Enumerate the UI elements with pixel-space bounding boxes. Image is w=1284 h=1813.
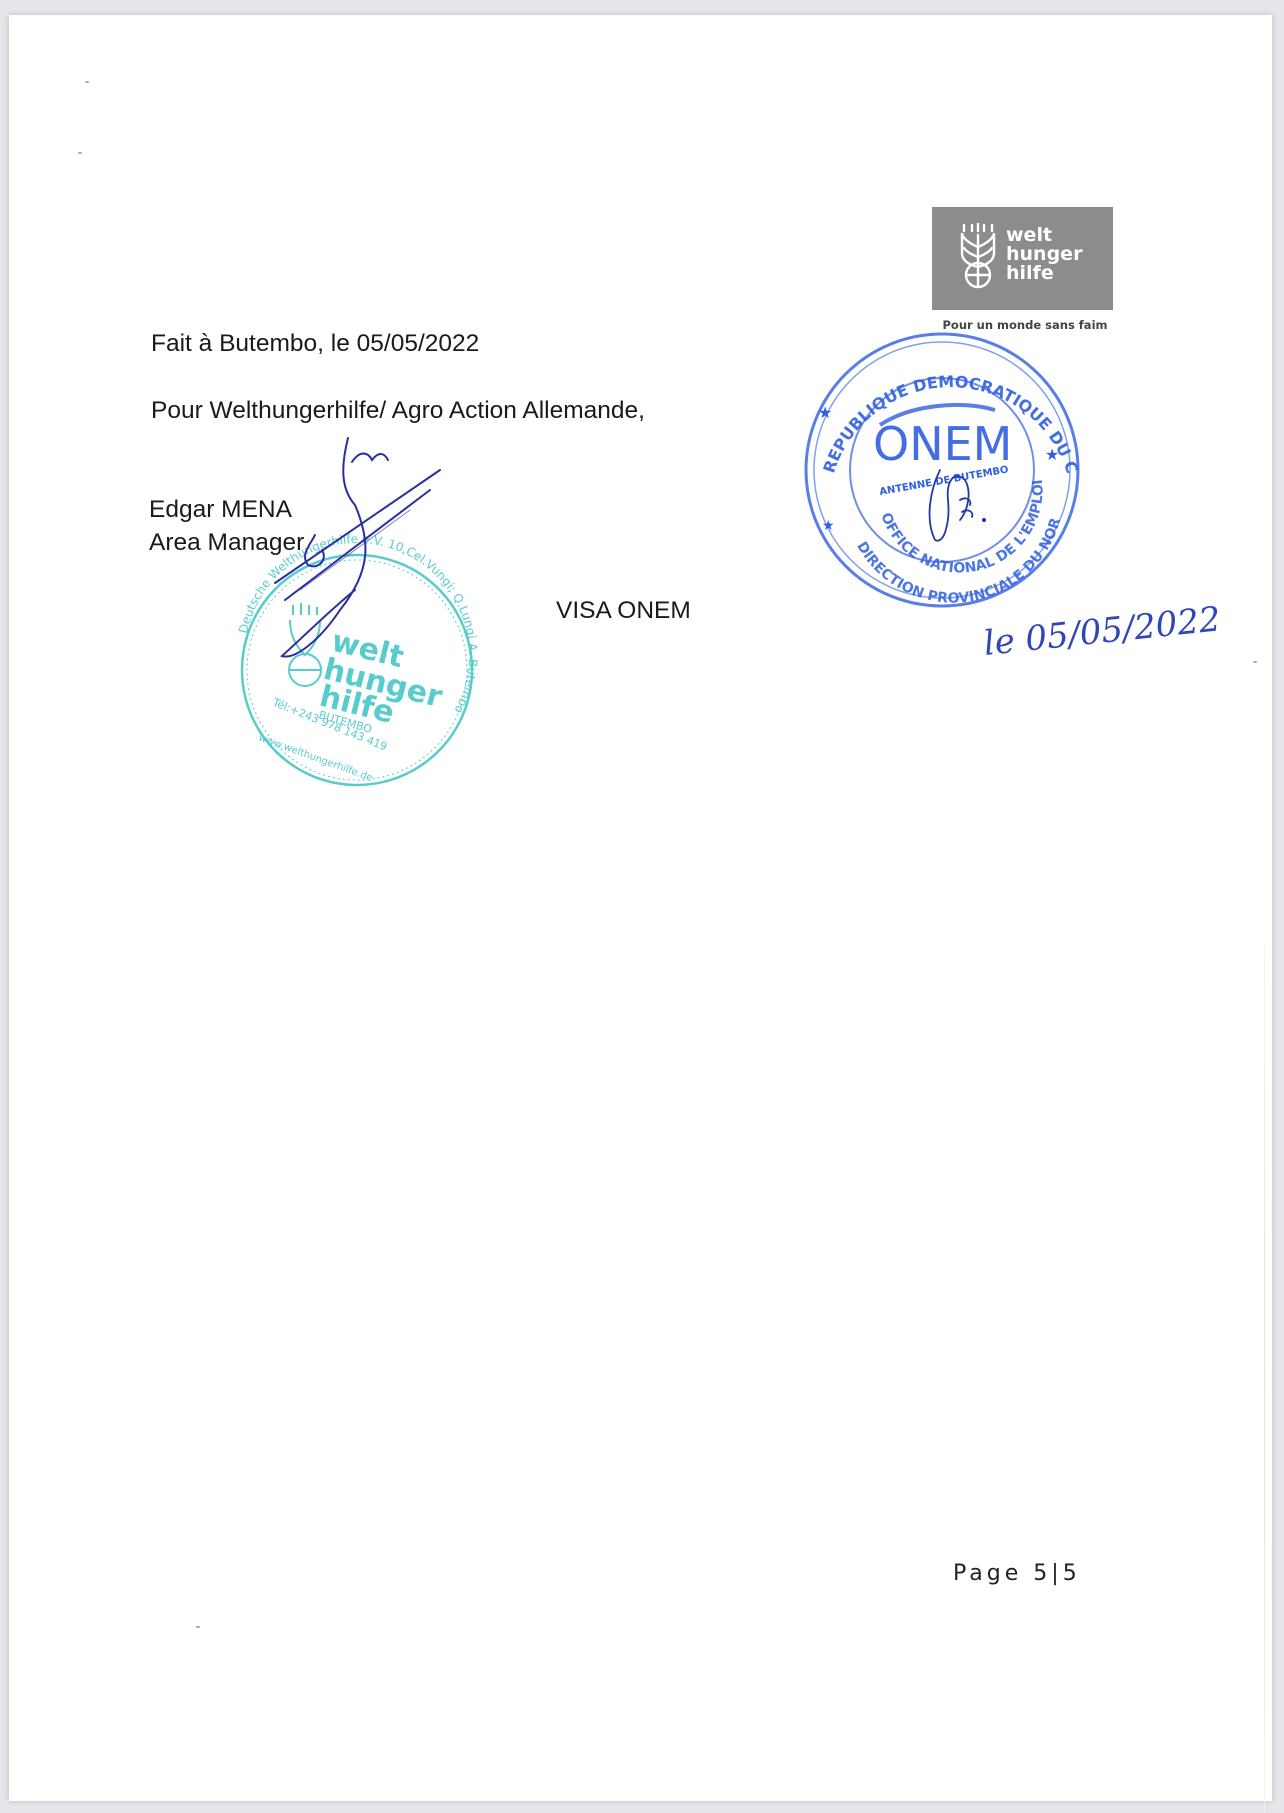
handwritten-date: le 05/05/2022 — [982, 599, 1223, 664]
onem-stamp-top-text: REPUBLIQUE DEMOCRATIQUE DU CONGO — [0, 0, 1082, 476]
stamps-and-signatures: Deutsche Welthungerhilfe e.V. 10,Cel.Vun… — [0, 0, 1284, 1813]
page-number-current: 5 — [1033, 1561, 1051, 1586]
onem-star-icon: ★ — [1045, 447, 1059, 464]
welthungerhilfe-stamp: Deutsche Welthungerhilfe e.V. 10,Cel.Vun… — [236, 532, 480, 785]
onem-star-icon: ★ — [822, 517, 835, 533]
page-number-separator: | — [1051, 1561, 1062, 1586]
onem-stamp-title: ONEM — [873, 417, 1012, 471]
onem-stamp-bottom-text: DIRECTION PROVINCIALE DU NORD KIVU — [0, 0, 1064, 607]
page-number: Page 5|5 — [953, 1561, 1081, 1586]
page-number-label: Page — [953, 1561, 1022, 1586]
page-number-total: 5 — [1063, 1561, 1081, 1586]
onem-star-icon: ★ — [818, 405, 832, 422]
